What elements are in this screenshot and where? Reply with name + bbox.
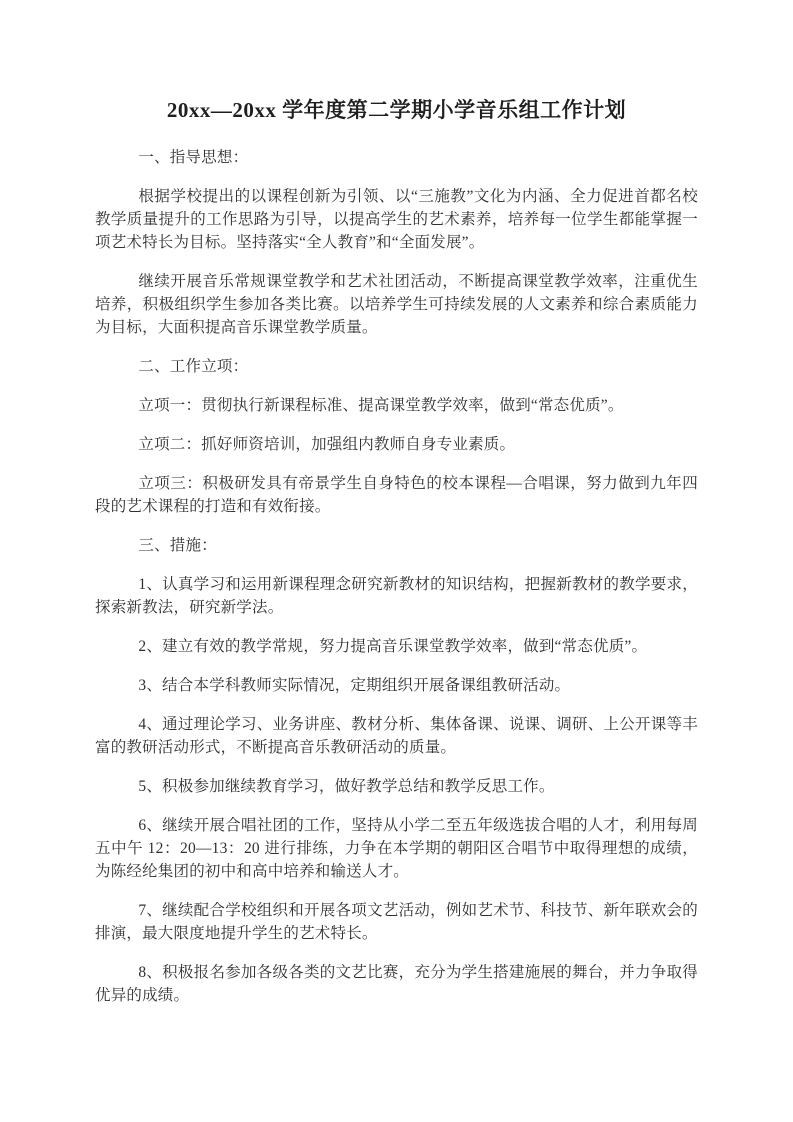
paragraph-4: 二、工作立项： <box>95 355 698 378</box>
paragraph-8: 三、措施： <box>95 534 698 557</box>
paragraph-2: 根据学校提出的以课程创新为引领、以“三施教”文化为内涵、全力促进首都名校教学质量… <box>95 185 698 254</box>
paragraph-5: 立项一：贯彻执行新课程标准、提高课堂教学效率，做到“常态优质”。 <box>95 394 698 417</box>
paragraph-12: 4、通过理论学习、业务讲座、教材分析、集体备课、说课、调研、上公开课等丰富的教研… <box>95 713 698 759</box>
paragraph-15: 7、继续配合学校组织和开展各项文艺活动，例如艺术节、科技节、新年联欢会的排演，最… <box>95 899 698 945</box>
document-body: 一、指导思想：根据学校提出的以课程创新为引领、以“三施教”文化为内涵、全力促进首… <box>95 146 698 1007</box>
paragraph-14: 6、继续开展合唱社团的工作，坚持从小学二至五年级选拔合唱的人才，利用每周五中午 … <box>95 814 698 883</box>
paragraph-6: 立项二：抓好师资培训，加强组内教师自身专业素质。 <box>95 433 698 456</box>
document-page: 20xx—20xx 学年度第二学期小学音乐组工作计划 一、指导思想：根据学校提出… <box>0 0 793 1122</box>
paragraph-10: 2、建立有效的教学常规，努力提高音乐课堂教学效率，做到“常态优质”。 <box>95 635 698 658</box>
paragraph-7: 立项三：积极研发具有帝景学生自身特色的校本课程—合唱课，努力做到九年四段的艺术课… <box>95 472 698 518</box>
paragraph-3: 继续开展音乐常规课堂教学和艺术社团活动，不断提高课堂教学效率，注重优生培养，积极… <box>95 270 698 339</box>
paragraph-13: 5、积极参加继续教育学习，做好教学总结和教学反思工作。 <box>95 775 698 798</box>
paragraph-9: 1、认真学习和运用新课程理念研究新教材的知识结构，把握新教材的教学要求，探索新教… <box>95 573 698 619</box>
document-title: 20xx—20xx 学年度第二学期小学音乐组工作计划 <box>95 97 698 124</box>
paragraph-16: 8、积极报名参加各级各类的文艺比赛，充分为学生搭建施展的舞台，并力争取得优异的成… <box>95 961 698 1007</box>
paragraph-1: 一、指导思想： <box>95 146 698 169</box>
paragraph-11: 3、结合本学科教师实际情况，定期组织开展备课组教研活动。 <box>95 674 698 697</box>
